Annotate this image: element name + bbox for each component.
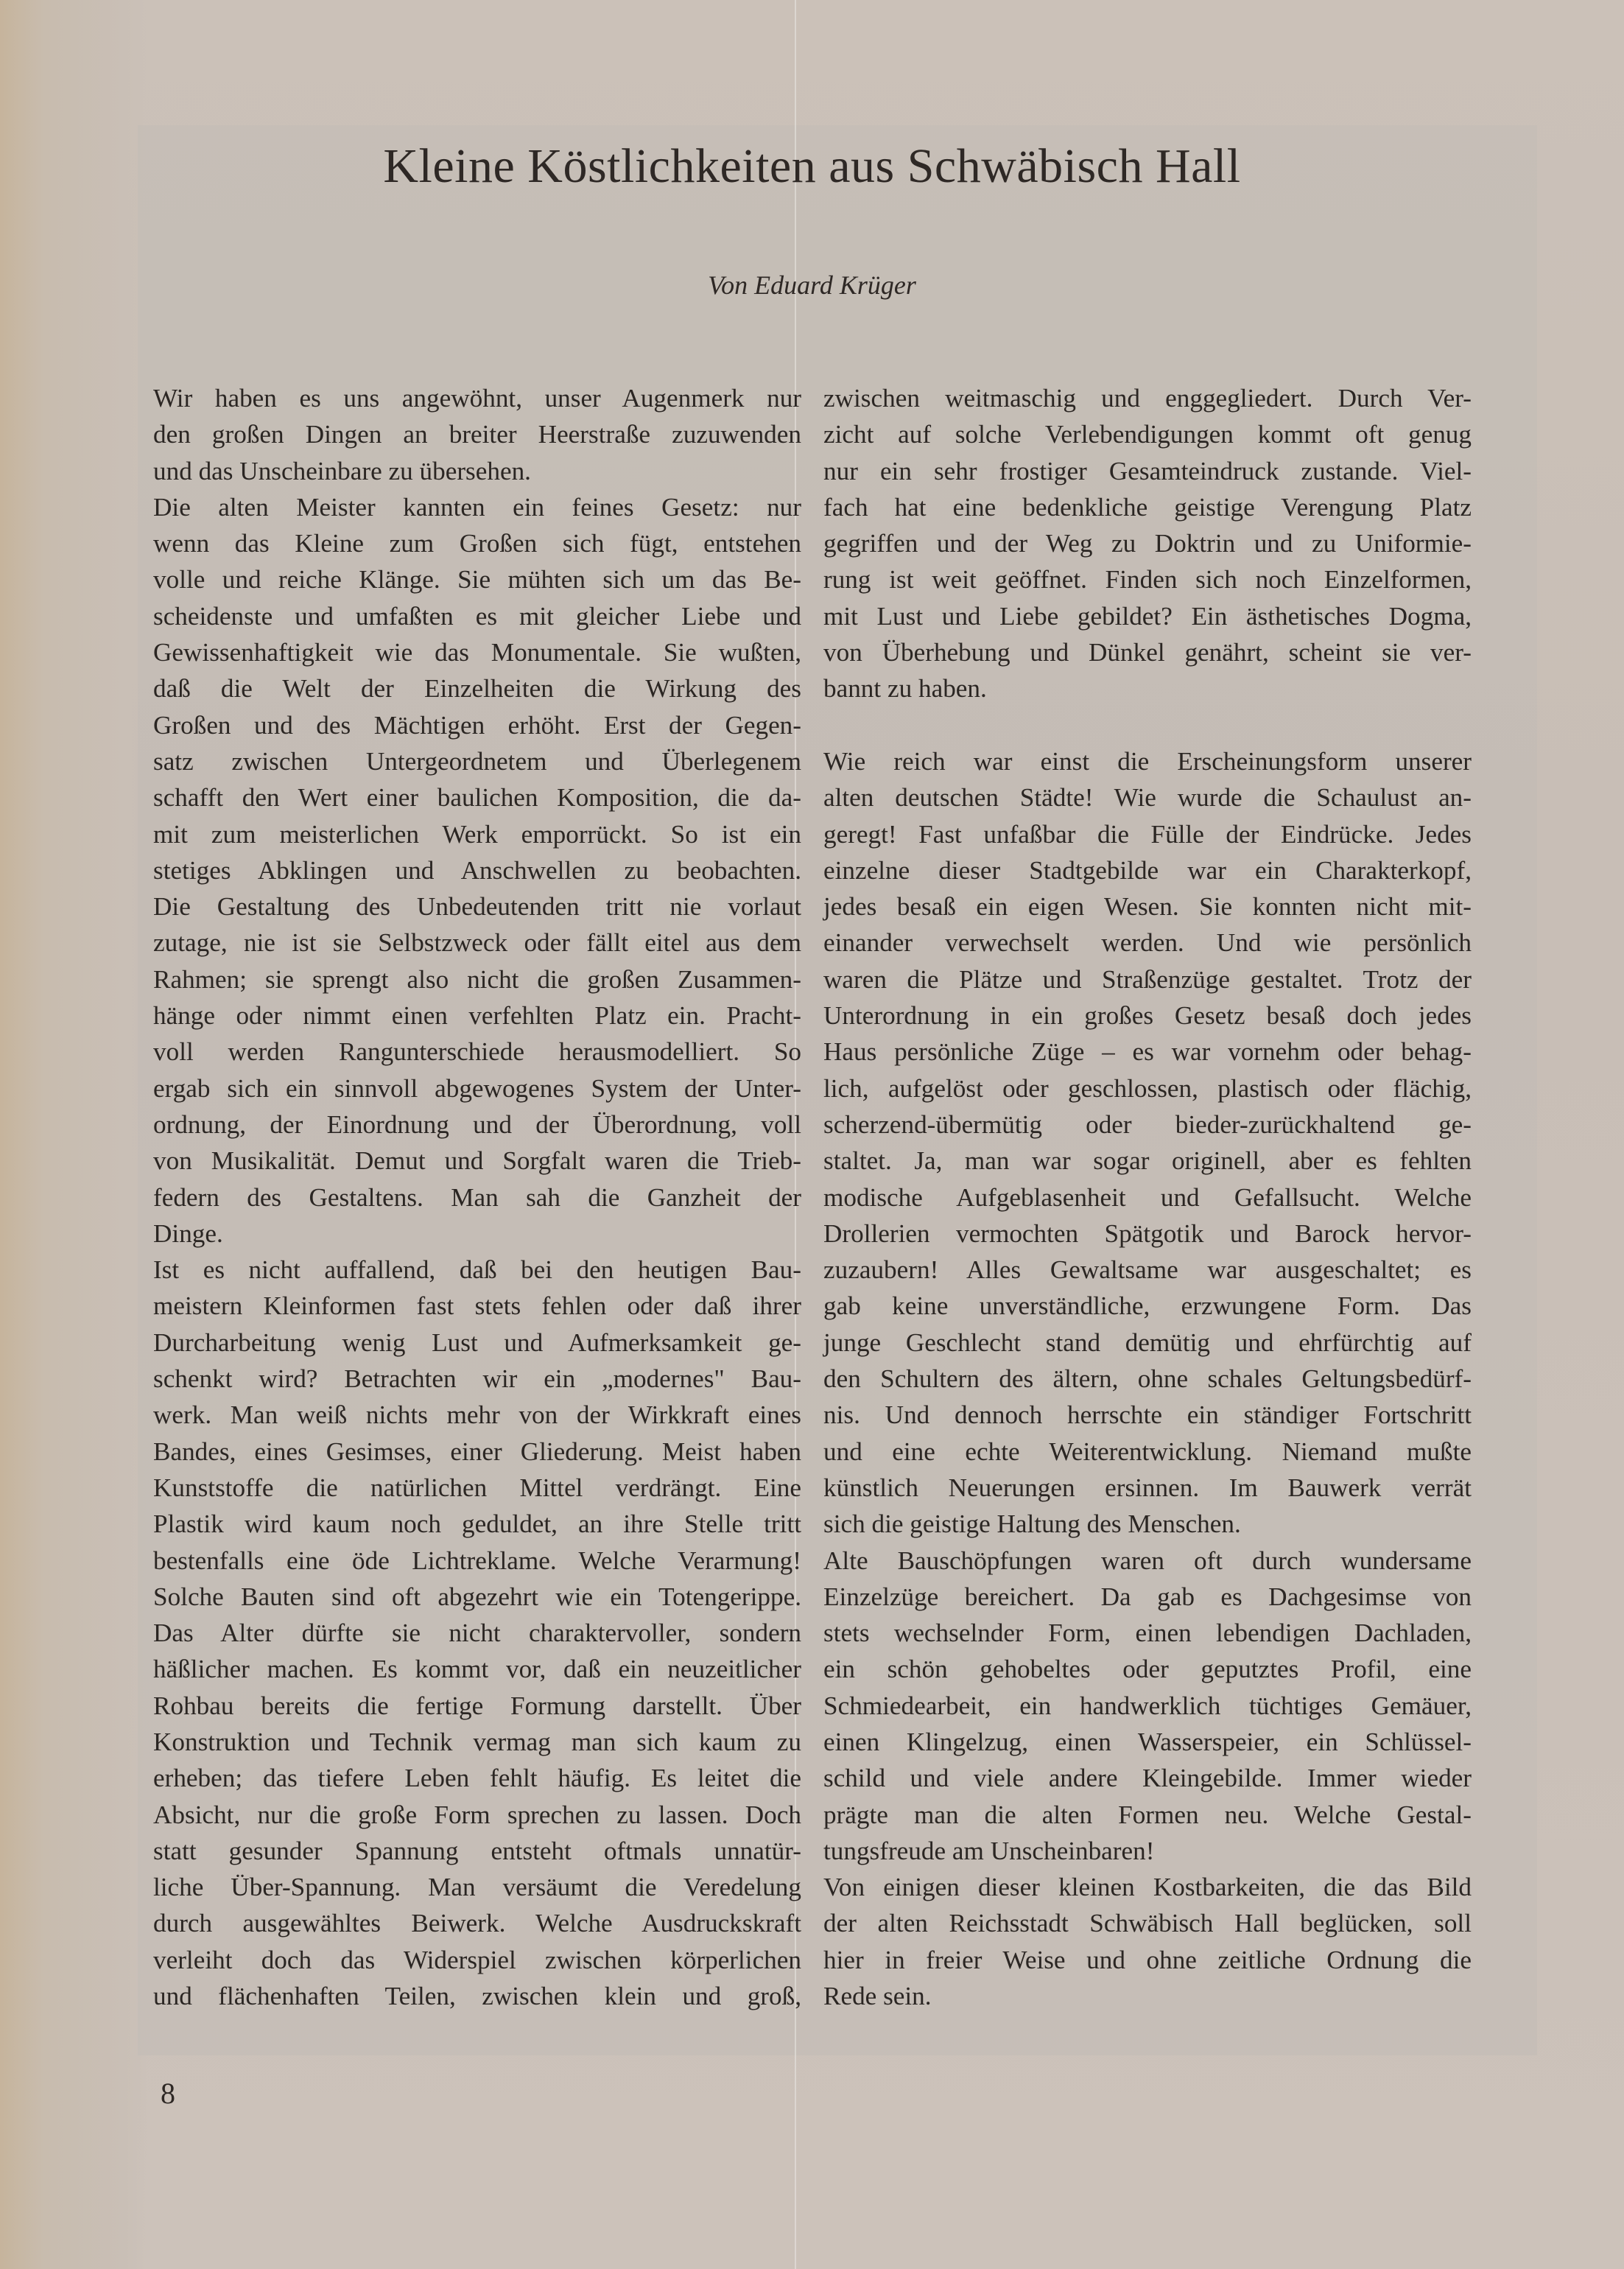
article-byline: Von Eduard Krüger [0,270,1624,301]
text-line: schafft den Wert einer baulichen Komposi… [153,779,801,816]
text-line: Alte Bauschöpfungen waren oft durch wund… [823,1543,1472,1579]
text-line: ein schön gehobeltes oder geputztes Prof… [823,1651,1472,1687]
text-line: Rede sein. [823,1978,1472,2014]
text-line: wenn das Kleine zum Großen sich fügt, en… [153,525,801,561]
text-line: fach hat eine bedenkliche geistige Veren… [823,489,1472,525]
text-line: von Überhebung und Dünkel genährt, schei… [823,634,1472,670]
text-line: scherzend-übermütig oder bieder-zurückha… [823,1107,1472,1143]
text-line: ergab sich ein sinnvoll abgewogenes Syst… [153,1070,801,1107]
text-line: Großen und des Mächtigen erhöht. Erst de… [153,707,801,743]
text-line: meistern Kleinformen fast stets fehlen o… [153,1288,801,1324]
page-number: 8 [161,2076,175,2111]
text-line: sich die geistige Haltung des Menschen. [823,1506,1472,1542]
text-line: den großen Dingen an breiter Heerstraße … [153,416,801,452]
text-line: Bandes, eines Gesimses, einer Gliederung… [153,1434,801,1470]
text-line: Dinge. [153,1216,801,1252]
text-line: Rohbau bereits die fertige Formung darst… [153,1688,801,1724]
text-line: scheidenste und umfaßten es mit gleicher… [153,598,801,634]
text-line: gegriffen und der Weg zu Doktrin und zu … [823,525,1472,561]
text-line: und das Unscheinbare zu übersehen. [153,453,801,489]
text-line: werk. Man weiß nichts mehr von der Wirkk… [153,1397,801,1433]
text-line: jedes besaß ein eigen Wesen. Sie konnten… [823,888,1472,925]
text-line: mit Lust und Liebe gebildet? Ein ästheti… [823,598,1472,634]
text-line: liche Über-Spannung. Man versäumt die Ve… [153,1869,801,1905]
text-line: Durcharbeitung wenig Lust und Aufmerksam… [153,1325,801,1361]
text-line: den Schultern des ältern, ohne schales G… [823,1361,1472,1397]
text-line: verleiht doch das Widerspiel zwischen kö… [153,1942,801,1978]
text-line: Einzelzüge bereichert. Da gab es Dachges… [823,1579,1472,1615]
text-line: satz zwischen Untergeordnetem und Überle… [153,743,801,779]
text-line: erheben; das tiefere Leben fehlt häufig.… [153,1760,801,1796]
text-line: Plastik wird kaum noch geduldet, an ihre… [153,1506,801,1542]
text-line: schenkt wird? Betrachten wir ein „modern… [153,1361,801,1397]
text-line: Kunststoffe die natürlichen Mittel verdr… [153,1470,801,1506]
text-line: der alten Reichsstadt Schwäbisch Hall be… [823,1905,1472,1941]
text-line: stetiges Abklingen und Anschwellen zu be… [153,852,801,888]
text-column-left: Wir haben es uns angewöhnt, unser Augenm… [153,380,801,2014]
text-line: zicht auf solche Verlebendigungen kommt … [823,416,1472,452]
text-line: Die alten Meister kannten ein feines Ges… [153,489,801,525]
text-line: zwischen weitmaschig und enggegliedert. … [823,380,1472,416]
text-line: volle und reiche Klänge. Sie mühten sich… [153,561,801,597]
text-line: modische Aufgeblasenheit und Gefallsucht… [823,1179,1472,1216]
text-line: und flächenhaften Teilen, zwischen klein… [153,1978,801,2014]
text-line: Wir haben es uns angewöhnt, unser Augenm… [153,380,801,416]
text-line: statt gesunder Spannung entsteht oftmals… [153,1833,801,1869]
text-line: Das Alter dürfte sie nicht charaktervoll… [153,1615,801,1651]
text-line: bestenfalls eine öde Lichtreklame. Welch… [153,1543,801,1579]
article-title: Kleine Köstlichkeiten aus Schwäbisch Hal… [0,138,1624,194]
text-line: durch ausgewähltes Beiwerk. Welche Ausdr… [153,1905,801,1941]
text-line: waren die Plätze und Straßenzüge gestalt… [823,961,1472,997]
scanned-page: Kleine Köstlichkeiten aus Schwäbisch Hal… [0,0,1624,2269]
text-line: Drollerien vermochten Spätgotik und Baro… [823,1216,1472,1252]
text-line: Die Gestaltung des Unbedeutenden tritt n… [153,888,801,925]
text-line: einander verwechselt werden. Und wie per… [823,925,1472,961]
text-line: prägte man die alten Formen neu. Welche … [823,1797,1472,1833]
text-line: Rahmen; sie sprengt also nicht die große… [153,961,801,997]
text-line: mit zum meisterlichen Werk emporrückt. S… [153,816,801,852]
text-line: künstlich Neuerungen ersinnen. Im Bauwer… [823,1470,1472,1506]
text-line: Konstruktion und Technik vermag man sich… [153,1724,801,1760]
text-line: Gewissenhaftigkeit wie das Monumentale. … [153,634,801,670]
text-line: schild und viele andere Kleingebilde. Im… [823,1760,1472,1796]
text-line: und eine echte Weiterentwicklung. Nieman… [823,1434,1472,1470]
text-line: ordnung, der Einordnung und der Überordn… [153,1107,801,1143]
text-line: alten deutschen Städte! Wie wurde die Sc… [823,779,1472,816]
text-line: Ist es nicht auffallend, daß bei den heu… [153,1252,801,1288]
text-line: nur ein sehr frostiger Gesamteindruck zu… [823,453,1472,489]
text-line: Von einigen dieser kleinen Kostbarkeiten… [823,1869,1472,1905]
text-line: junge Geschlecht stand demütig und ehrfü… [823,1325,1472,1361]
text-line: einzelne dieser Stadtgebilde war ein Cha… [823,852,1472,888]
text-line: Schmiedearbeit, ein handwerklich tüchtig… [823,1688,1472,1724]
text-line: bannt zu haben. [823,670,1472,706]
text-line: Wie reich war einst die Erscheinungsform… [823,743,1472,779]
text-line: daß die Welt der Einzelheiten die Wirkun… [153,670,801,706]
text-line: geregt! Fast unfaßbar die Fülle der Eind… [823,816,1472,852]
text-column-right: zwischen weitmaschig und enggegliedert. … [823,380,1472,2014]
text-line: stets wechselnder Form, einen lebendigen… [823,1615,1472,1651]
text-line: federn des Gestaltens. Man sah die Ganzh… [153,1179,801,1216]
text-line: zutage, nie ist sie Selbstzweck oder fäl… [153,925,801,961]
text-line: Unterordnung in ein großes Gesetz besaß … [823,997,1472,1034]
text-line: hier in freier Weise und ohne zeitliche … [823,1942,1472,1978]
text-line: Haus persönliche Züge – es war vornehm o… [823,1034,1472,1070]
text-line: von Musikalität. Demut und Sorgfalt ware… [153,1143,801,1179]
text-line: voll werden Rangunterschiede herausmodel… [153,1034,801,1070]
text-line: hänge oder nimmt einen verfehlten Platz … [153,997,801,1034]
paragraph-gap [823,707,1472,743]
text-line: tungsfreude am Unscheinbaren! [823,1833,1472,1869]
text-line: nis. Und dennoch herrschte ein ständiger… [823,1397,1472,1433]
text-line: einen Klingelzug, einen Wasserspeier, ei… [823,1724,1472,1760]
text-line: Solche Bauten sind oft abgezehrt wie ein… [153,1579,801,1615]
text-line: häßlicher machen. Es kommt vor, daß ein … [153,1651,801,1687]
text-line: rung ist weit geöffnet. Finden sich noch… [823,561,1472,597]
text-line: lich, aufgelöst oder geschlossen, plasti… [823,1070,1472,1107]
text-line: gab keine unverständliche, erzwungene Fo… [823,1288,1472,1324]
text-line: zuzaubern! Alles Gewaltsame war ausgesch… [823,1252,1472,1288]
text-line: Absicht, nur die große Form sprechen zu … [153,1797,801,1833]
text-line: staltet. Ja, man war sogar originell, ab… [823,1143,1472,1179]
